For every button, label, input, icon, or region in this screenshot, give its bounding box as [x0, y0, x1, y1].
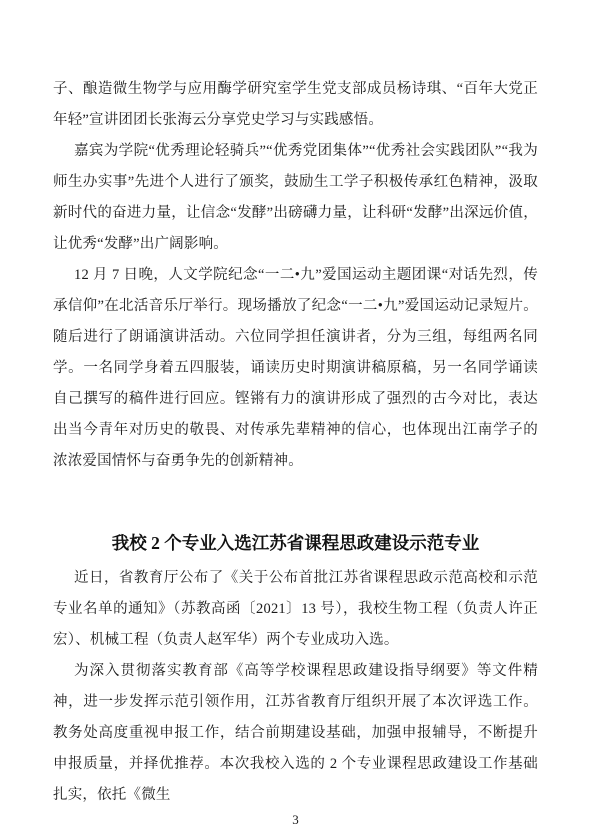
article-heading: 我校 2 个专业入选江苏省课程思政建设示范专业 — [53, 525, 538, 561]
paragraph-selection-process: 为深入贯彻落实教育部《高等学校课程思政建设指导纲要》等文件精神，进一步发挥示范引… — [53, 656, 538, 811]
paragraph-notice-announcement: 近日，省教育厅公布了《关于公布首批江苏省课程思政示范高校和示范专业名单的通知》（… — [53, 563, 538, 656]
paragraph-awards: 嘉宾为学院“优秀理论轻骑兵”“优秀党团集体”“优秀社会实践团队”“我为师生办实事… — [53, 136, 538, 260]
document-page: 子、酿造微生物学与应用酶学研究室学生党支部成员杨诗琪、“百年大党正年轻”宣讲团团… — [0, 0, 592, 835]
paragraph-december-ninth-event: 12 月 7 日晚，人文学院纪念“一二•九”爱国运动主题团课“对话先烈，传承信仰… — [53, 260, 538, 477]
page-number: 3 — [53, 812, 538, 828]
paragraph-continuation: 子、酿造微生物学与应用酶学研究室学生党支部成员杨诗琪、“百年大党正年轻”宣讲团团… — [53, 74, 538, 136]
